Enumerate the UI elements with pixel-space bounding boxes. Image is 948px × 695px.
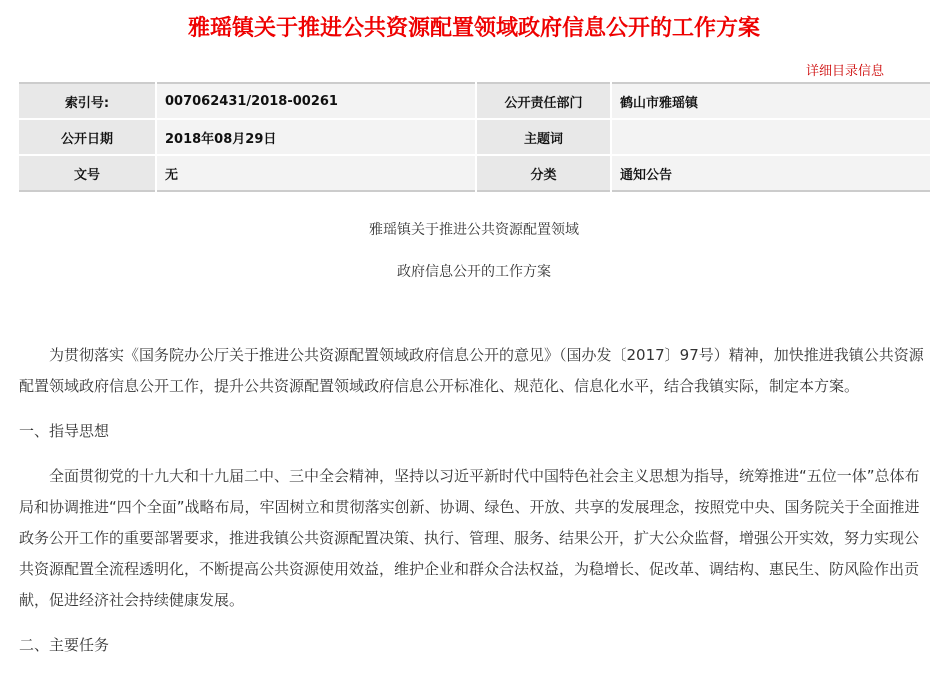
- section-heading-2: 二、主要任务: [19, 630, 931, 661]
- index-number-value: 007062431/2018-00261: [156, 83, 476, 119]
- metadata-row: 索引号: 007062431/2018-00261 公开责任部门 鹤山市雅瑶镇: [19, 83, 930, 119]
- doc-number-label: 文号: [19, 155, 156, 191]
- section-heading-1: 一、指导思想: [19, 416, 931, 447]
- metadata-table: 索引号: 007062431/2018-00261 公开责任部门 鹤山市雅瑶镇 …: [19, 82, 930, 192]
- responsible-dept-label: 公开责任部门: [476, 83, 611, 119]
- keywords-value: [611, 119, 930, 155]
- page-title: 雅瑶镇关于推进公共资源配置领域政府信息公开的工作方案: [0, 12, 948, 46]
- keywords-label: 主题词: [476, 119, 611, 155]
- section-1-paragraph: 全面贯彻党的十九大和十九届二中、三中全会精神，坚持以习近平新时代中国特色社会主义…: [19, 461, 931, 616]
- doc-subtitle-line1: 雅瑶镇关于推进公共资源配置领域: [0, 220, 948, 240]
- publish-date-value: 2018年08月29日: [156, 119, 476, 155]
- metadata-row: 文号 无 分类 通知公告: [19, 155, 930, 191]
- metadata-row: 公开日期 2018年08月29日 主题词: [19, 119, 930, 155]
- intro-paragraph: 为贯彻落实《国务院办公厅关于推进公共资源配置领域政府信息公开的意见》（国办发〔2…: [19, 340, 931, 402]
- index-number-label: 索引号:: [19, 83, 156, 119]
- detail-catalog-link[interactable]: 详细目录信息: [806, 64, 884, 80]
- doc-number-value: 无: [156, 155, 476, 191]
- publish-date-label: 公开日期: [19, 119, 156, 155]
- category-label: 分类: [476, 155, 611, 191]
- doc-subtitle-line2: 政府信息公开的工作方案: [0, 262, 948, 282]
- category-value: 通知公告: [611, 155, 930, 191]
- responsible-dept-value: 鹤山市雅瑶镇: [611, 83, 930, 119]
- doc-body: 为贯彻落实《国务院办公厅关于推进公共资源配置领域政府信息公开的意见》（国办发〔2…: [19, 340, 931, 661]
